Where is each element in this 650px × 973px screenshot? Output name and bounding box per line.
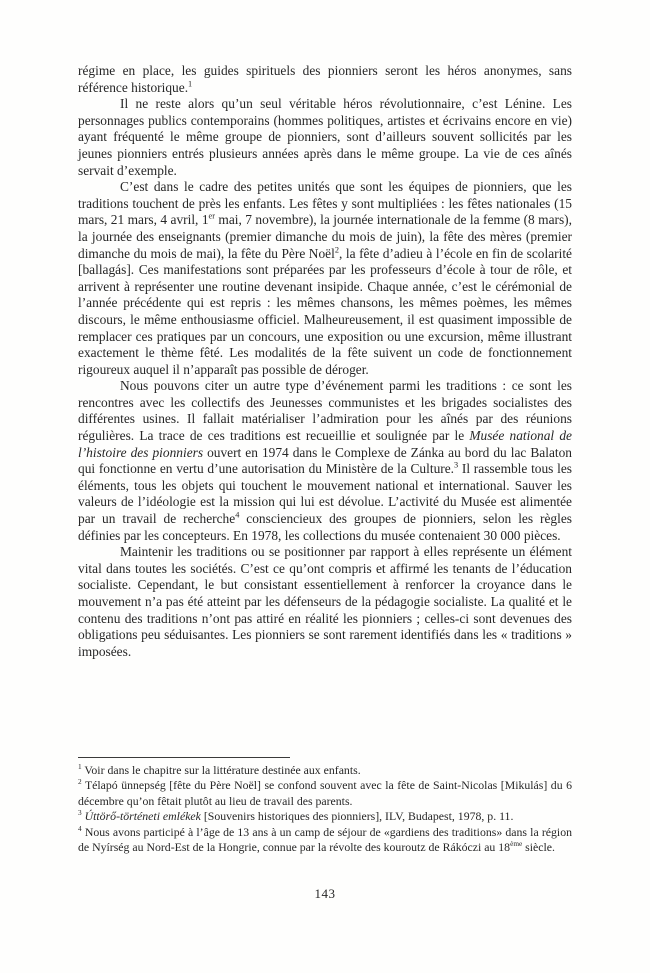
footnote-item: 2 Télapó ünnepség [fête du Père Noël] se…: [78, 778, 572, 809]
body-paragraph: Nous pouvons citer un autre type d’événe…: [78, 378, 572, 544]
body-text: régime en place, les guides spirituels d…: [78, 63, 572, 660]
text-run: siècle.: [522, 840, 555, 854]
body-paragraph: Il ne reste alors qu’un seul véritable h…: [78, 96, 572, 179]
footnote-marker: 1: [188, 79, 192, 88]
footnote-item: 4 Nous avons participé à l’âge de 13 ans…: [78, 825, 572, 856]
text-run: Voir dans le chapitre sur la littérature…: [82, 763, 361, 777]
footnote-separator-rule: [78, 757, 290, 758]
body-paragraph: C’est dans le cadre des petites unités q…: [78, 179, 572, 378]
footnote-item: 1 Voir dans le chapitre sur la littératu…: [78, 763, 572, 778]
page-number: 143: [78, 886, 572, 902]
footnote-list: 1 Voir dans le chapitre sur la littératu…: [78, 763, 572, 855]
document-page: régime en place, les guides spirituels d…: [0, 0, 650, 973]
body-paragraph: Maintenir les traditions ou se positionn…: [78, 544, 572, 660]
text-run: Télapó ünnepség [fête du Père Noël] se c…: [78, 778, 572, 807]
footnote-item: 3 Úttörő-történeti emlékek [Souvenirs hi…: [78, 809, 572, 824]
text-run: , la fête d’adieu à l’école en fin de sc…: [78, 246, 572, 377]
body-paragraph: régime en place, les guides spirituels d…: [78, 63, 572, 96]
text-run: Maintenir les traditions ou se positionn…: [78, 544, 572, 659]
text-run: Úttörő-történeti emlékek: [85, 809, 201, 823]
footnote-section: 1 Voir dans le chapitre sur la littératu…: [78, 757, 572, 855]
footnote-marker: ème: [510, 839, 522, 848]
text-run: régime en place, les guides spirituels d…: [78, 63, 572, 95]
text-run: Il ne reste alors qu’un seul véritable h…: [78, 96, 572, 177]
text-run: Nous avons participé à l’âge de 13 ans à…: [78, 825, 572, 854]
text-run: [Souvenirs historiques des pionniers], I…: [201, 809, 514, 823]
